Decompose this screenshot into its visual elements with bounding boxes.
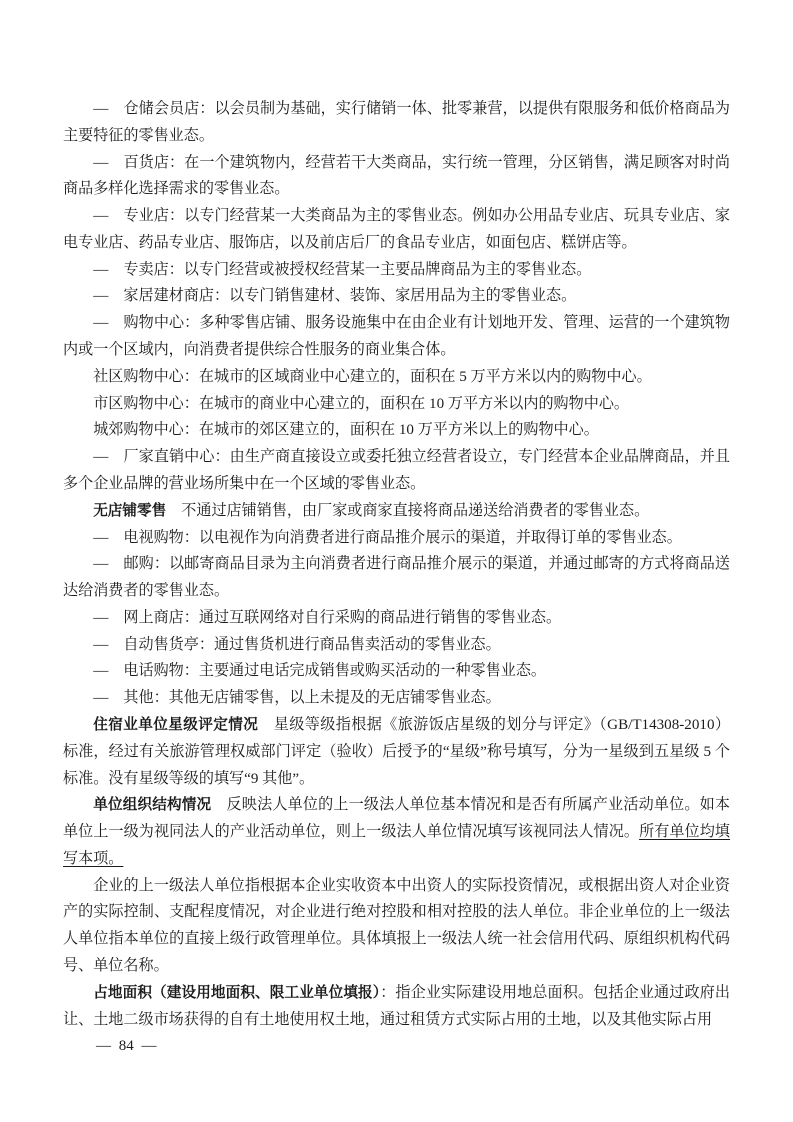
body-text: — 专业店：以专门经营某一大类商品为主的零售业态。例如办公用品专业店、玩具专业店…	[63, 208, 730, 251]
body-text: — 仓储会员店：以会员制为基础，实行储销一体、批零兼营，以提供有限服务和低价格商…	[63, 101, 730, 144]
paragraph: 城郊购物中心：在城市的郊区建立的，面积在 10 万平方米以上的购物中心。	[63, 417, 730, 444]
body-text: 社区购物中心：在城市的区域商业中心建立的，面积在 5 万平方米以内的购物中心。	[93, 369, 651, 385]
body-text: — 电视购物：以电视作为向消费者进行商品推介展示的渠道，并取得订单的零售业态。	[93, 530, 682, 546]
body-text: — 其他：其他无店铺零售，以上未提及的无店铺零售业态。	[93, 690, 501, 706]
paragraph: 无店铺零售 不通过店铺销售，由厂家或商家直接将商品递送给消费者的零售业态。	[63, 498, 730, 525]
term-label: 占地面积（建设用地面积、限工业单位填报）	[93, 985, 380, 1001]
paragraph: — 专业店：以专门经营某一大类商品为主的零售业态。例如办公用品专业店、玩具专业店…	[63, 203, 730, 257]
paragraph: — 专卖店：以专门经营或被授权经营某一主要品牌商品为主的零售业态。	[63, 257, 730, 284]
term-label: 单位组织结构情况	[93, 797, 211, 813]
paragraph: — 百货店：在一个建筑物内，经营若干大类商品，实行统一管理，分区销售，满足顾客对…	[63, 150, 730, 204]
page-footer: — 84 —	[96, 1036, 157, 1056]
body-text: 城郊购物中心：在城市的郊区建立的，面积在 10 万平方米以上的购物中心。	[93, 422, 599, 438]
document-page: — 仓储会员店：以会员制为基础，实行储销一体、批零兼营，以提供有限服务和低价格商…	[0, 0, 793, 1122]
term-label: 住宿业单位星级评定情况	[93, 717, 258, 733]
paragraph: — 仓储会员店：以会员制为基础，实行储销一体、批零兼营，以提供有限服务和低价格商…	[63, 96, 730, 150]
document-body: — 仓储会员店：以会员制为基础，实行储销一体、批零兼营，以提供有限服务和低价格商…	[63, 96, 730, 1033]
paragraph: — 电话购物：主要通过电话完成销售或购买活动的一种零售业态。	[63, 658, 730, 685]
body-text: — 购物中心：多种零售店铺、服务设施集中在由企业有计划地开发、管理、运营的一个建…	[63, 315, 730, 358]
body-text: 不通过店铺销售，由厂家或商家直接将商品递送给消费者的零售业态。	[166, 503, 649, 519]
body-text: 企业的上一级法人单位指根据本企业实收资本中出资人的实际投资情况，或根据出资人对企…	[63, 878, 730, 974]
term-label: 无店铺零售	[93, 503, 166, 519]
paragraph: — 家居建材商店：以专门销售建材、装饰、家居用品为主的零售业态。	[63, 283, 730, 310]
paragraph: 住宿业单位星级评定情况 星级等级指根据《旅游饭店星级的划分与评定》（GB/T14…	[63, 712, 730, 792]
body-text: — 网上商店：通过互联网络对自行采购的商品进行销售的零售业态。	[93, 610, 561, 626]
body-text: — 家居建材商店：以专门销售建材、装饰、家居用品为主的零售业态。	[93, 288, 576, 304]
paragraph: — 自动售货亭：通过售货机进行商品售卖活动的零售业态。	[63, 632, 730, 659]
paragraph: 市区购物中心：在城市的商业中心建立的，面积在 10 万平方米以内的购物中心。	[63, 391, 730, 418]
body-text: — 邮购：以邮寄商品目录为主向消费者进行商品推介展示的渠道，并通过邮寄的方式将商…	[63, 556, 730, 599]
body-text: — 厂家直销中心：由生产商直接设立或委托独立经营者设立，专门经营本企业品牌商品，…	[63, 449, 730, 492]
paragraph: — 购物中心：多种零售店铺、服务设施集中在由企业有计划地开发、管理、运营的一个建…	[63, 310, 730, 364]
body-text: 市区购物中心：在城市的商业中心建立的，面积在 10 万平方米以内的购物中心。	[93, 396, 629, 412]
paragraph: 企业的上一级法人单位指根据本企业实收资本中出资人的实际投资情况，或根据出资人对企…	[63, 873, 730, 980]
paragraph: — 邮购：以邮寄商品目录为主向消费者进行商品推介展示的渠道，并通过邮寄的方式将商…	[63, 551, 730, 605]
paragraph: — 其他：其他无店铺零售，以上未提及的无店铺零售业态。	[63, 685, 730, 712]
page-number: — 84 —	[96, 1038, 157, 1054]
body-text: — 百货店：在一个建筑物内，经营若干大类商品，实行统一管理，分区销售，满足顾客对…	[63, 155, 730, 198]
body-text: — 自动售货亭：通过售货机进行商品售卖活动的零售业态。	[93, 637, 501, 653]
paragraph: 占地面积（建设用地面积、限工业单位填报）：指企业实际建设用地总面积。包括企业通过…	[63, 980, 730, 1034]
body-text: — 电话购物：主要通过电话完成销售或购买活动的一种零售业态。	[93, 663, 546, 679]
body-text: — 专卖店：以专门经营或被授权经营某一主要品牌商品为主的零售业态。	[93, 262, 591, 278]
paragraph: — 网上商店：通过互联网络对自行采购的商品进行销售的零售业态。	[63, 605, 730, 632]
paragraph: — 厂家直销中心：由生产商直接设立或委托独立经营者设立，专门经营本企业品牌商品，…	[63, 444, 730, 498]
paragraph: 社区购物中心：在城市的区域商业中心建立的，面积在 5 万平方米以内的购物中心。	[63, 364, 730, 391]
paragraph: 单位组织结构情况 反映法人单位的上一级法人单位基本情况和是否有所属产业活动单位。…	[63, 792, 730, 872]
paragraph: — 电视购物：以电视作为向消费者进行商品推介展示的渠道，并取得订单的零售业态。	[63, 525, 730, 552]
